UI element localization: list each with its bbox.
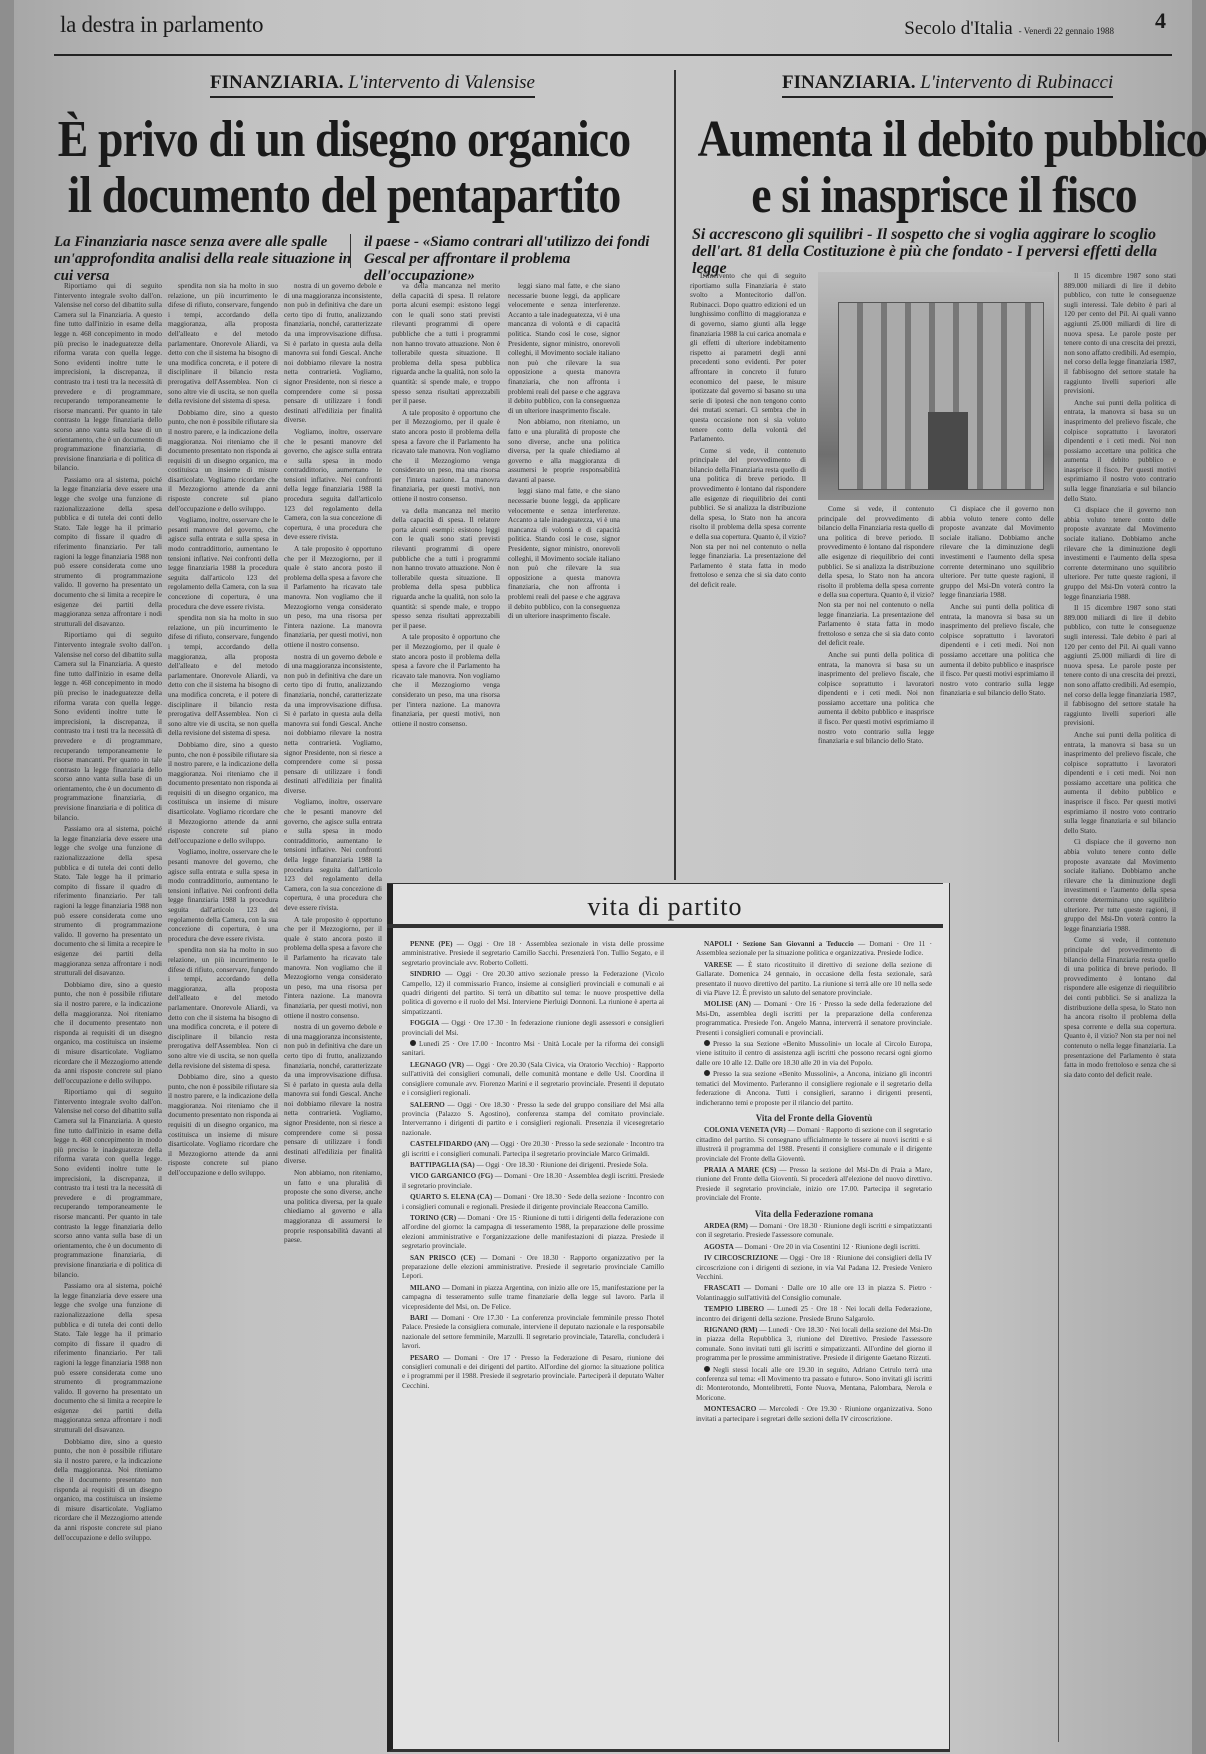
left-article-deck-b: il paese - «Siamo contrari all'utilizzo … (364, 234, 664, 285)
bullet-icon (410, 1040, 416, 1046)
announcement-place: SALERNO (410, 1101, 448, 1109)
announcement-place: AGOSTA (704, 1243, 735, 1251)
vita-announcement: IV CIRCOSCRIZIONE — Oggi · Ore 18 · Riun… (696, 1254, 932, 1282)
vita-announcement: LEGNAGO (VR) — Oggi · Ore 20.30 (Sala Ci… (402, 1061, 664, 1099)
announcement-place: BATTIPAGLIA (SA) (410, 1161, 476, 1169)
announcement-place: MILANO (410, 1284, 442, 1292)
vita-bullet-item: Presso la sua Sezione «Benito Mussolini»… (696, 1040, 932, 1068)
vita-column-2: NAPOLI · Sezione San Giovanni a Teduccio… (696, 940, 932, 1740)
announcement-place: QUARTO S. ELENA (CA) (410, 1193, 494, 1201)
announcement-place: ARDEA (RM) (704, 1222, 750, 1230)
vita-announcement: NAPOLI · Sezione San Giovanni a Teduccio… (696, 940, 932, 959)
announcement-place: LEGNAGO (VR) (410, 1061, 466, 1069)
right-article-headline: Aumenta il debito pubblico e si inaspris… (698, 112, 1191, 224)
page-number: 4 (1155, 8, 1166, 34)
vita-announcement: MOLISE (AN) — Domani · Ore 16 · Presso l… (696, 1000, 932, 1038)
bullet-icon (704, 1070, 710, 1076)
right-article-column-1: L'intervento che qui di seguito riportia… (690, 272, 806, 872)
left-article-column-2: spendita non sia ha molto in suo relazio… (168, 282, 278, 1742)
vita-di-partito-header: vita di partito (387, 883, 943, 930)
newspaper-page: la destra in parlamento Secolo d'Italia-… (14, 0, 1192, 1754)
right-article-deck: Si accrescono gli squilibri - Il sospett… (692, 226, 1192, 277)
announcement-place: PRAIA A MARE (CS) (704, 1166, 779, 1174)
vita-bullet-item: Lunedì 25 · Ore 17.00 · Incontro Msi · U… (402, 1040, 664, 1059)
announcement-place: TORINO (CR) (410, 1214, 458, 1222)
vita-announcement: SAN PRISCO (CE) — Domani · Ore 18.30 · R… (402, 1254, 664, 1282)
vita-subheading: Vita della Federazione romana (696, 1210, 932, 1219)
left-article-column-1: Riportiamo qui di seguito l'intervento i… (54, 282, 162, 1742)
left-article-deck-a: La Finanziaria nasce senza avere alle sp… (54, 234, 354, 285)
left-article-column-4: va della mancanza nel merito della capac… (392, 282, 500, 872)
vita-announcement: PENNE (PE) — Oggi · Ore 18 · Assemblea s… (402, 940, 664, 968)
vita-announcement: FOGGIA — Oggi · Ore 17.30 · In federazio… (402, 1019, 664, 1038)
vita-announcement: PESARO — Domani · Ore 17 · Presso la Fed… (402, 1354, 664, 1392)
left-article-headline: È privo di un disegno organico il docume… (54, 112, 635, 224)
header-bar (387, 924, 943, 928)
vita-announcement: VICO GARGANICO (FG) — Domani · Ore 18.30… (402, 1172, 664, 1191)
announcement-place: PENNE (PE) (410, 940, 457, 948)
vita-announcement: MONTESACRO — Mercoledì · Ore 19.30 · Riu… (696, 1405, 932, 1424)
vita-announcement: BARI — Domani · Ore 17.30 · La conferenz… (402, 1314, 664, 1352)
vita-column-1: PENNE (PE) — Oggi · Ore 18 · Assemblea s… (402, 940, 664, 1740)
vita-announcement: MILANO — Domani in piazza Argentina, con… (402, 1284, 664, 1312)
announcement-place: BARI (410, 1314, 431, 1322)
vita-bullet-item: Presso la sua sezione «Benito Mussolini»… (696, 1070, 932, 1108)
announcement-place: PESARO (410, 1354, 443, 1362)
announcement-place: FRASCATI (704, 1284, 744, 1292)
vita-announcement: TEMPIO LIBERO — Lunedì 25 · Ore 18 · Nei… (696, 1305, 932, 1324)
bullet-icon (704, 1366, 710, 1372)
announcement-place: VICO GARGANICO (FG) (410, 1172, 495, 1180)
right-article-kicker: FINANZIARIA. L'intervento di Rubinacci (782, 72, 1113, 98)
header-rule (54, 54, 1172, 56)
vita-announcement: CASTELFIDARDO (AN) — Oggi · Ore 20.30 · … (402, 1140, 664, 1159)
bullet-icon (704, 1040, 710, 1046)
announcement-place: MONTESACRO (704, 1405, 759, 1413)
vita-announcement: FRASCATI — Domani · Dalle ore 10 alle or… (696, 1284, 932, 1303)
article-divider (674, 70, 676, 880)
announcement-place: RIGNANO (RM) (704, 1326, 759, 1334)
newspaper-name: Secolo d'Italia (904, 18, 1012, 39)
vita-announcement: SINDRIO — Oggi · Ore 20.30 attivo sezion… (402, 970, 664, 1017)
vita-announcement: QUARTO S. ELENA (CA) — Domani · Ore 18.3… (402, 1193, 664, 1212)
announcement-place: VARESE (704, 961, 737, 969)
announcement-place: COLONIA VENETA (VR) (704, 1126, 788, 1134)
right-article-column-4: Il 15 dicembre 1987 sono stati 889.000 m… (1064, 272, 1176, 1742)
announcement-place: IV CIRCOSCRIZIONE (704, 1254, 780, 1262)
announcement-place: FOGGIA (410, 1019, 441, 1027)
announcement-place: CASTELFIDARDO (AN) (410, 1140, 491, 1148)
vita-subheading: Vita del Fronte della Gioventù (696, 1114, 932, 1123)
section-header: la destra in parlamento (60, 12, 263, 38)
vita-announcement: TORINO (CR) — Domani · Ore 15 · Riunione… (402, 1214, 664, 1252)
vita-announcement: COLONIA VENETA (VR) — Domani · Rapporto … (696, 1126, 932, 1164)
vita-announcement: BATTIPAGLIA (SA) — Oggi · Ore 18.30 · Ri… (402, 1161, 664, 1170)
left-article-column-5: leggi siano mal fatte, e che siano neces… (508, 282, 620, 872)
announcement-place: TEMPIO LIBERO (704, 1305, 767, 1313)
building-door (928, 412, 968, 490)
right-article-column-2: Come si vede, il contenuto principale de… (818, 505, 934, 875)
announcement-place: SINDRIO (410, 970, 445, 978)
column-rule (1058, 272, 1059, 1742)
announcement-place: MOLISE (AN) (704, 1000, 754, 1008)
announcement-place: SAN PRISCO (CE) (410, 1254, 480, 1262)
vita-announcement: PRAIA A MARE (CS) — Presso la sezione de… (696, 1166, 932, 1204)
vita-di-partito-title: vita di partito (387, 892, 943, 922)
vita-announcement: AGOSTA — Domani · Ore 20 in via Cosentin… (696, 1243, 932, 1252)
vita-announcement: SALERNO — Oggi · Ore 18.30 · Presso la s… (402, 1101, 664, 1139)
announcement-place: NAPOLI · Sezione San Giovanni a Teduccio (704, 940, 858, 948)
issue-date: - Venerdì 22 gennaio 1988 (1019, 26, 1114, 36)
vita-announcement: RIGNANO (RM) — Lunedì · Ore 18.30 · Nei … (696, 1326, 932, 1364)
masthead: Secolo d'Italia- Venerdì 22 gennaio 1988 (904, 18, 1114, 40)
right-article-column-3: Ci dispiace che il governo non abbia vol… (940, 505, 1054, 875)
vita-bullet-item: Negli stessi locali alle ore 19.30 in se… (696, 1366, 932, 1404)
left-article-kicker: FINANZIARIA. L'intervento di Valensise (210, 72, 535, 98)
vita-announcement: ARDEA (RM) — Domani · Ore 18.30 · Riunio… (696, 1222, 932, 1241)
deck-divider (350, 234, 351, 268)
left-article-column-3: nostra di un governo debole e di una mag… (284, 282, 382, 1742)
montecitorio-photo (818, 272, 1054, 500)
vita-announcement: VARESE — È stato ricostituito il diretti… (696, 961, 932, 999)
